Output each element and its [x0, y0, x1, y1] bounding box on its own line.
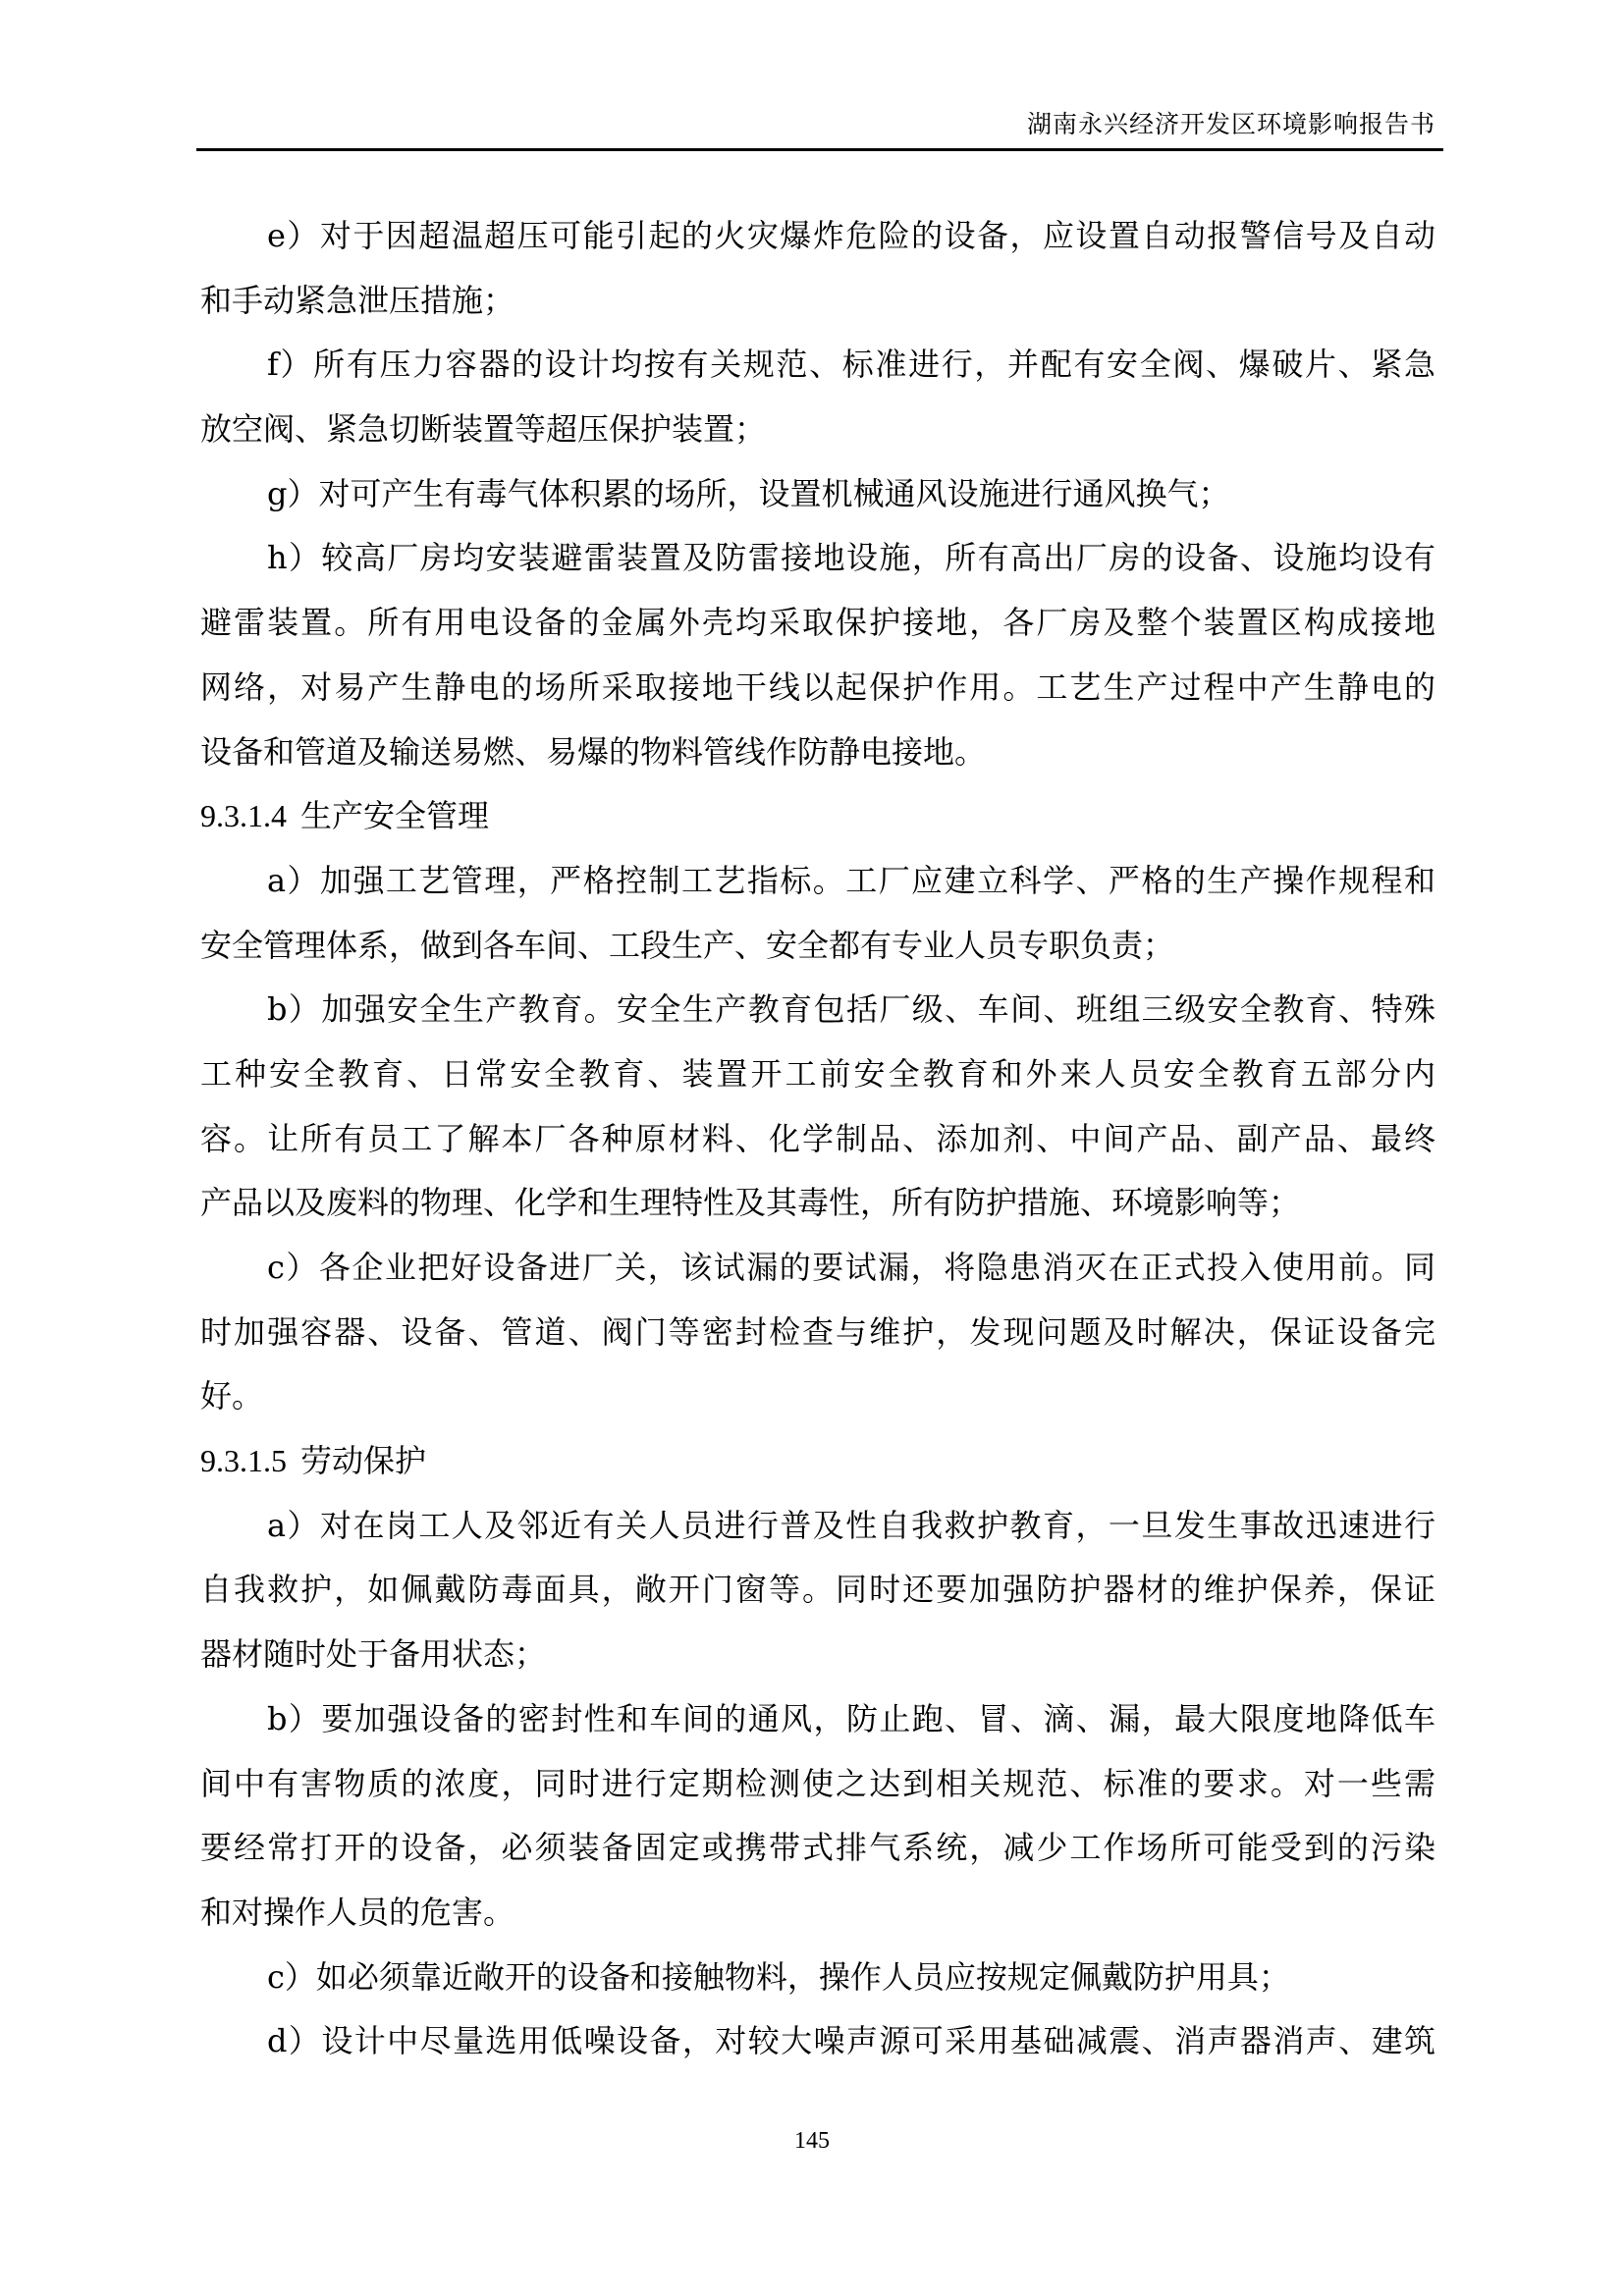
paragraph-line: 安全管理体系，做到各车间、工段生产、安全都有专业人员专职负责； — [200, 914, 1435, 979]
paragraph-line: 间中有害物质的浓度，同时进行定期检测使之达到相关规范、标准的要求。对一些需 — [200, 1752, 1435, 1817]
page-body: e）对于因超温超压可能引起的火灾爆炸危险的设备，应设置自动报警信号及自动 和手动… — [200, 204, 1435, 2074]
section-title: 生产安全管理 — [300, 797, 489, 834]
paragraph-line: d）设计中尽量选用低噪设备，对较大噪声源可采用基础减震、消声器消声、建筑 — [200, 2009, 1435, 2074]
document-header-title: 湖南永兴经济开发区环境影响报告书 — [1027, 110, 1435, 139]
section-heading-9-3-1-4: 9.3.1.4生产安全管理 — [200, 784, 1435, 849]
paragraph-line: h）较高厂房均安装避雷装置及防雷接地设施，所有高出厂房的设备、设施均设有 — [200, 526, 1435, 591]
paragraph-line: 时加强容器、设备、管道、阀门等密封检查与维护，发现问题及时解决，保证设备完 — [200, 1301, 1435, 1365]
paragraph-line: 设备和管道及输送易燃、易爆的物料管线作防静电接地。 — [200, 721, 1435, 785]
header-divider — [196, 148, 1443, 151]
paragraph-line: 好。 — [200, 1364, 1435, 1429]
paragraph-line: 自我救护，如佩戴防毒面具，敞开门窗等。同时还要加强防护器材的维护保养，保证 — [200, 1558, 1435, 1623]
paragraph-line: 和手动紧急泄压措施； — [200, 269, 1435, 334]
paragraph-line: g）对可产生有毒气体积累的场所，设置机械通风设施进行通风换气； — [200, 462, 1435, 527]
section-heading-9-3-1-5: 9.3.1.5劳动保护 — [200, 1429, 1435, 1494]
paragraph-line: c）各企业把好设备进厂关，该试漏的要试漏，将隐患消灭在正式投入使用前。同 — [200, 1236, 1435, 1301]
paragraph-line: 容。让所有员工了解本厂各种原材料、化学制品、添加剂、中间产品、副产品、最终 — [200, 1107, 1435, 1172]
paragraph-line: 产品以及废料的物理、化学和生理特性及其毒性，所有防护措施、环境影响等； — [200, 1171, 1435, 1236]
page-number: 145 — [0, 2128, 1624, 2155]
paragraph-line: 和对操作人员的危害。 — [200, 1881, 1435, 1946]
paragraph-line: 网络，对易产生静电的场所采取接地干线以起保护作用。工艺生产过程中产生静电的 — [200, 656, 1435, 721]
paragraph-line: a）加强工艺管理，严格控制工艺指标。工厂应建立科学、严格的生产操作规程和 — [200, 849, 1435, 914]
paragraph-line: 避雷装置。所有用电设备的金属外壳均采取保护接地，各厂房及整个装置区构成接地 — [200, 591, 1435, 656]
paragraph-line: a）对在岗工人及邻近有关人员进行普及性自我救护教育，一旦发生事故迅速进行 — [200, 1494, 1435, 1559]
paragraph-line: b）要加强设备的密封性和车间的通风，防止跑、冒、滴、漏，最大限度地降低车 — [200, 1687, 1435, 1752]
paragraph-line: f）所有压力容器的设计均按有关规范、标准进行，并配有安全阀、爆破片、紧急 — [200, 333, 1435, 398]
paragraph-line: 放空阀、紧急切断装置等超压保护装置； — [200, 398, 1435, 462]
paragraph-line: b）加强安全生产教育。安全生产教育包括厂级、车间、班组三级安全教育、特殊 — [200, 978, 1435, 1042]
section-number: 9.3.1.5 — [200, 1429, 300, 1494]
paragraph-line: 要经常打开的设备，必须装备固定或携带式排气系统，减少工作场所可能受到的污染 — [200, 1816, 1435, 1881]
paragraph-line: c）如必须靠近敞开的设备和接触物料，操作人员应按规定佩戴防护用具； — [200, 1946, 1435, 2010]
section-number: 9.3.1.4 — [200, 784, 300, 849]
paragraph-line: 器材随时处于备用状态； — [200, 1623, 1435, 1687]
paragraph-line: 工种安全教育、日常安全教育、装置开工前安全教育和外来人员安全教育五部分内 — [200, 1042, 1435, 1107]
section-title: 劳动保护 — [300, 1442, 426, 1479]
paragraph-line: e）对于因超温超压可能引起的火灾爆炸危险的设备，应设置自动报警信号及自动 — [200, 204, 1435, 269]
